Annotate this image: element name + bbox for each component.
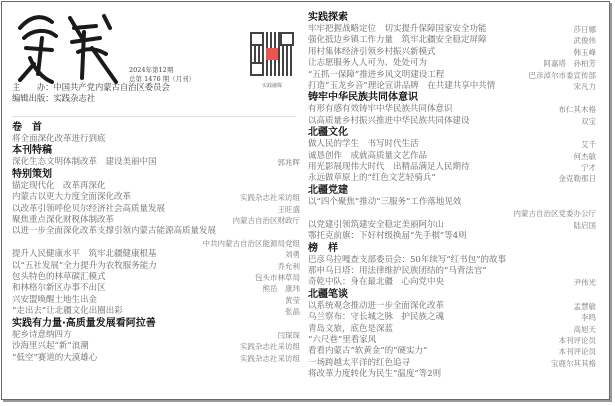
article-author: 刘勇 [285,249,300,260]
magazine-logo [12,8,122,86]
article-title: 沙海里兴起“新”浪潮 [12,341,89,352]
article-author: 孟慧敏 [574,301,597,312]
article-title: 那申乌日塔：用法律维护民族团结的“马背法官” [308,266,487,277]
article-author: 包头市林草局 [255,272,300,283]
section-heading: 榜 样 [308,243,596,255]
article-title: 和林格尔新区办事不出区 [12,283,106,294]
publication-info: 主 办：中国共产党内蒙古自治区委员会 编辑出版：实践杂志社 [12,82,170,104]
article-author: 本刊评论员 [559,346,597,357]
qr-center-logo-icon [266,48,278,60]
article-entry[interactable]: 以系统观念推动进一步全面深化改革孟慧敏 [308,301,596,312]
article-entry[interactable]: 和林格尔新区办事不出区熊岳 康玮 [12,283,300,294]
article-author: 武俊伟 [574,35,597,46]
article-author: 张晶 [285,306,300,317]
table-of-contents-page: 2024年第12期 总第 1476 期（月刊） 实践融媒 主 办：中国共产党内蒙… [1,1,610,400]
sponsor: 中国共产党内蒙古自治区委员会 [54,82,170,92]
article-entry[interactable]: 那申乌日塔：用法律维护民族团结的“马背法官” [308,266,596,277]
article-author: 实践杂志社采访组 [240,192,300,203]
article-title: 将全面深化改革进行到底 [12,134,106,145]
article-title: 永远做草原上的“红色文艺轻骑兵” [308,173,436,184]
article-author: 双宝 [581,116,596,127]
article-entry[interactable]: 中共内蒙古自治区能源局党组 [12,238,300,249]
publisher-label: 编辑出版： [12,93,54,103]
publisher: 实践杂志社 [54,93,96,103]
article-title: 看看内蒙古“软黄金”的“硬实力” [308,346,427,357]
section-heading: 实践探索 [308,12,596,24]
section-heading: 卷 首 [12,122,300,134]
article-entry[interactable]: 乌兰察布：守长城之脉 护民族之魂李鸣 [308,312,596,323]
article-author: 乔允利 [278,261,301,272]
article-entry[interactable]: 用村集体经济引领乡村振兴新模式韩玉峰 [308,47,596,58]
article-title: 驼乡诗意纳四方 [12,330,72,341]
article-entry[interactable]: 包头特色的林草碳汇模式包头市林草局 [12,272,300,283]
article-entry[interactable]: 强化抵边乡镇工作力量 筑牢北疆安全稳定屏障武俊伟 [308,35,596,46]
section-heading: 北疆党建 [308,185,596,197]
article-title: 内蒙古以更大力度全面深化改革 [12,192,131,203]
article-title: 打造“玉龙乡音”理论宣讲品牌 在共建共享中共情 [308,81,495,92]
divider [12,116,296,117]
article-title: 巴彦乌拉嘎查支部委员会：50年续写“红书包”的故事 [308,255,506,266]
article-title: 提升人民健康水平 筑牢北疆健康根基 [12,249,157,260]
article-entry[interactable]: 青岛文旅，底色是深蓝高旭天 [308,324,596,335]
article-title: 用村集体经济引领乡村振兴新模式 [308,47,436,58]
article-entry[interactable]: 诚恳创作 成就高质量文艺作品何杰敏 [308,151,596,162]
article-author: 阿嘉塔 孙柏芳 [544,58,597,69]
article-entry[interactable]: 让志愿服务人人可为、处处可为阿嘉塔 孙柏芳 [308,58,596,69]
article-title: 聚焦重点深化财税体制改革 [12,215,114,226]
article-author: 布仁其木格 [559,104,597,115]
section-heading: 实践有力量·高质量发展看阿拉善 [12,318,300,330]
article-entry[interactable]: 锚定现代化 改革再深化 [12,181,300,192]
article-author: 黄莹 [285,295,300,306]
article-entry[interactable]: 奇乾中队：身在最北疆 心向党中央尹伟光 [308,277,596,288]
article-author: 巴彦淖尔市委宣传部 [529,70,597,81]
right-contents-column: 实践探索牢牢把握战略定位 切实提升保障国家安全功能莎日娜强化抵边乡镇工作力量 筑… [308,12,596,381]
article-entry[interactable]: 将改革力度转化为民生“温度”等2则 [308,369,596,380]
article-title: 以改革引领呼伦贝尔经济社会高质量发展 [12,204,165,215]
article-entry[interactable]: 以进一步全面深化改革支撑引领内蒙古能源高质量发展 [12,226,300,237]
article-author: 闫琛琛 [278,330,301,341]
article-author: 中共内蒙古自治区能源局党组 [203,238,301,249]
article-title: 做人民的学生 书写时代生活 [308,139,419,150]
article-entry[interactable]: 巴彦乌拉嘎查支部委员会：50年续写“红书包”的故事 [308,255,596,266]
article-title: 以高质量乡村振兴推进中华民族共同体建设 [308,116,470,127]
article-title: 牢牢把握战略定位 切实提升保障国家安全功能 [308,24,487,35]
article-author: 内蒙古自治区财政厅 [233,215,301,226]
article-entry[interactable]: “走出去”让北疆文化出圈出彩张晶 [12,306,300,317]
section-heading: 北疆文化 [308,127,596,139]
qr-label: 实践融媒 [252,82,292,89]
article-entry[interactable]: 驼乡诗意纳四方闫琛琛 [12,330,300,341]
article-entry[interactable]: 沙海里兴起“新”浪潮实践杂志社采访组 [12,341,300,352]
article-title: 有形有感有效铸牢中华民族共同体意识 [308,104,453,115]
article-entry[interactable]: 一场跨越太平洋的红色追寻宝鹿尔其其格 [308,358,596,369]
article-author: 艾千 [581,139,596,150]
issue-number: 2024年第12期 [129,66,195,75]
article-entry[interactable]: 以改革引领呼伦贝尔经济社会高质量发展王旺盛 [12,204,300,215]
article-entry[interactable]: “低空”赛道的大漠雄心实践杂志社采访组 [12,353,300,364]
article-title: 包头特色的林草碳汇模式 [12,272,106,283]
article-title: 以“五社发展”全力提升为农牧服务能力 [12,261,157,272]
qr-code [250,32,294,76]
article-author: 郭兆晖 [278,157,301,168]
article-entry[interactable]: “五抓一保障”推进乡风文明建设工程巴彦淖尔市委宣传部 [308,70,596,81]
article-title: “六尺巷”里看家风 [308,335,376,346]
article-author: 金克勒那日 [559,173,597,184]
article-title: 用光影展现伟大时代 出精品满足人民期待 [308,162,470,173]
article-author: 高旭天 [574,324,597,335]
article-entry[interactable]: 聚焦重点深化财税体制改革内蒙古自治区财政厅 [12,215,300,226]
article-title: 以系统观念推动进一步全面深化改革 [308,301,444,312]
left-contents-column: 卷 首将全面深化改革进行到底本刊特稿深化生态文明体制改革 建设美丽中国郭兆晖特别… [12,122,300,364]
article-title: 诚恳创作 成就高质量文艺作品 [308,151,427,162]
article-title: 强化抵边乡镇工作力量 筑牢北疆安全稳定屏障 [308,35,487,46]
article-title: 以进一步全面深化改革支撑引领内蒙古能源高质量发展 [12,226,216,237]
article-entry[interactable]: 用光影展现伟大时代 出精品满足人民期待宁才 [308,162,596,173]
article-title: 兴安盟唤醒土地生出金 [12,295,97,306]
article-author: 本刊评论员 [559,335,597,346]
article-entry[interactable]: 以“五社发展”全力提升为农牧服务能力乔允利 [12,261,300,272]
article-entry[interactable]: 打造“玉龙乡音”理论宣讲品牌 在共建共享中共情宋凡力 [308,81,596,92]
article-author: 王旺盛 [278,204,301,215]
article-title: “走出去”让北疆文化出圈出彩 [12,306,123,317]
article-author: 韩玉峰 [574,47,597,58]
article-title: 鄂托克前旗：下好村级换届“先手棋”等4则 [308,231,467,242]
article-title: 青岛文旅，底色是深蓝 [308,324,393,335]
article-title: 乌兰察布：守长城之脉 护民族之魂 [308,312,444,323]
article-title: 一场跨越太平洋的红色追寻 [308,358,410,369]
article-title: 深化生态文明体制改革 建设美丽中国 [12,157,157,168]
article-entry[interactable]: 以“四个聚焦”推动“三服务”工作落地见效 [308,197,596,208]
article-entry[interactable]: 牢牢把握战略定位 切实提升保障国家安全功能莎日娜 [308,24,596,35]
article-author: 宝鹿尔其其格 [551,358,596,369]
article-author: 尹伟光 [574,277,597,288]
article-entry[interactable]: 鄂托克前旗：下好村级换届“先手棋”等4则 [308,231,596,242]
article-author: 内蒙古自治区党委办公厅 [514,208,597,219]
article-entry[interactable]: 兴安盟唤醒土地生出金黄莹 [12,295,300,306]
article-author: 宁才 [581,162,596,173]
section-heading: 北疆笔谈 [308,289,596,301]
section-heading: 特别策划 [12,169,300,181]
article-author: 实践杂志社采访组 [240,353,300,364]
article-entry[interactable]: 做人民的学生 书写时代生活艾千 [308,139,596,150]
article-entry[interactable]: 深化生态文明体制改革 建设美丽中国郭兆晖 [12,157,300,168]
article-author: 熊岳 康玮 [263,283,301,294]
article-title: 将改革力度转化为民生“温度”等2则 [308,369,441,380]
article-entry[interactable]: 看看内蒙古“软黄金”的“硬实力”本刊评论员 [308,346,596,357]
article-title: 以“四个聚焦”推动“三服务”工作落地见效 [308,197,461,208]
section-heading: 铸牢中华民族共同体意识 [308,92,596,104]
article-entry[interactable]: “六尺巷”里看家风本刊评论员 [308,335,596,346]
article-author: 陆启国 [574,220,597,231]
article-title: “低空”赛道的大漠雄心 [12,353,97,364]
article-entry[interactable]: 将全面深化改革进行到底 [12,134,300,145]
article-title: 让志愿服务人人可为、处处可为 [308,58,427,69]
sponsor-label: 主 办： [12,82,54,92]
article-entry[interactable]: 内蒙古自治区党委办公厅 [308,208,596,219]
article-entry[interactable]: 永远做草原上的“红色文艺轻骑兵”金克勒那日 [308,173,596,184]
article-title: “五抓一保障”推进乡风文明建设工程 [308,70,444,81]
article-author: 何杰敏 [574,151,597,162]
article-title: 以党建引领筑建安全稳定美丽阿尔山 [308,220,444,231]
article-title: 锚定现代化 改革再深化 [12,181,106,192]
article-entry[interactable]: 提升人民健康水平 筑牢北疆健康根基刘勇 [12,249,300,260]
article-author: 宋凡力 [574,81,597,92]
article-entry[interactable]: 有形有感有效铸牢中华民族共同体意识布仁其木格 [308,104,596,115]
article-author: 李鸣 [581,312,596,323]
article-title: 奇乾中队：身在最北疆 心向党中央 [308,277,444,288]
article-entry[interactable]: 以高质量乡村振兴推进中华民族共同体建设双宝 [308,116,596,127]
article-entry[interactable]: 以党建引领筑建安全稳定美丽阿尔山陆启国 [308,220,596,231]
section-heading: 本刊特稿 [12,145,300,157]
article-author: 莎日娜 [574,24,597,35]
article-entry[interactable]: 内蒙古以更大力度全面深化改革实践杂志社采访组 [12,192,300,203]
article-author: 实践杂志社采访组 [240,341,300,352]
